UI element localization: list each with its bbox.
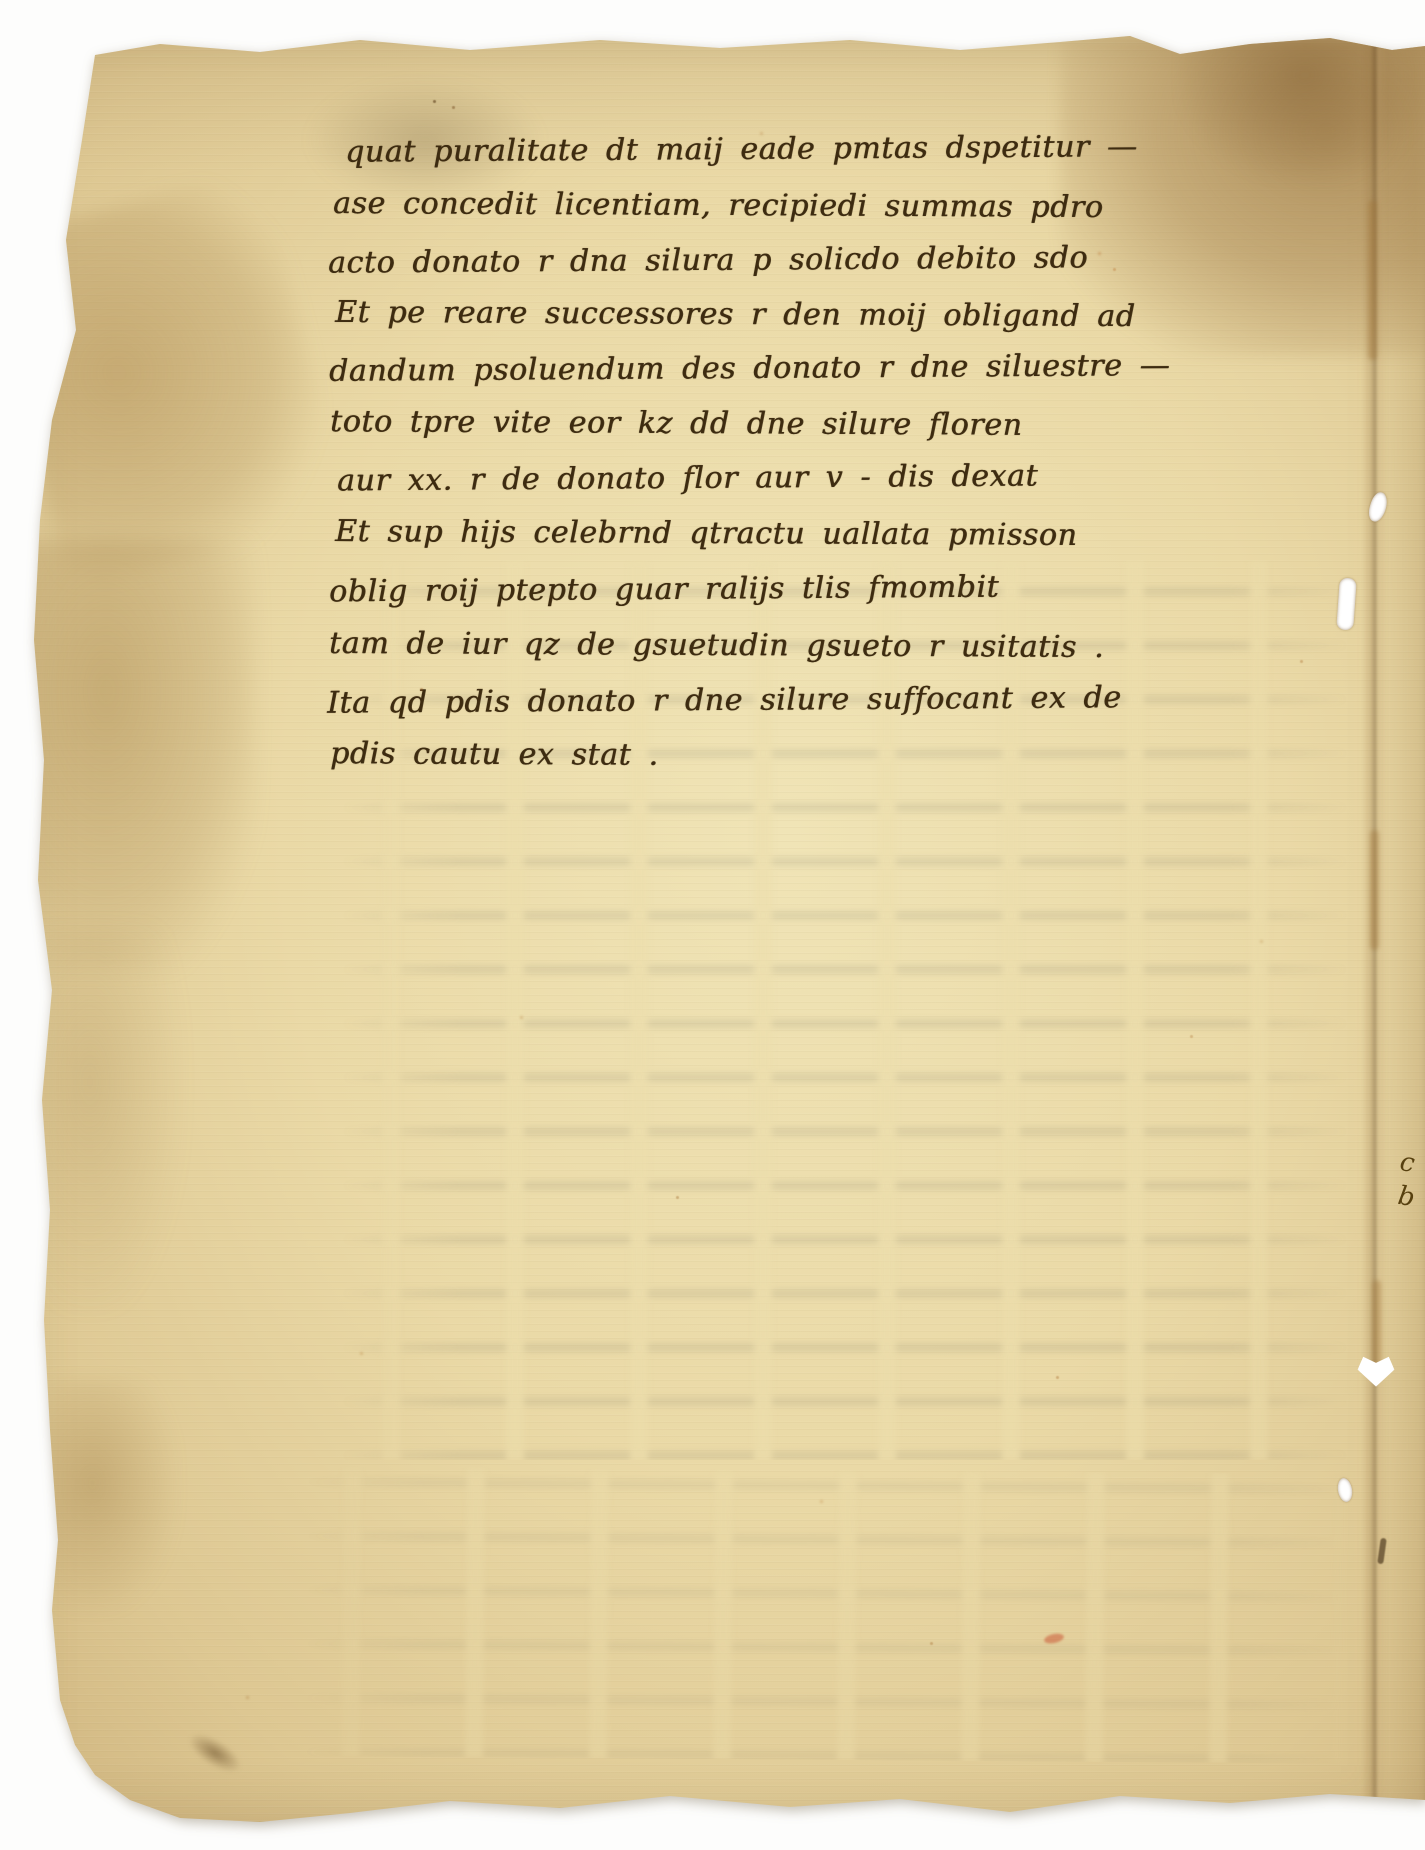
manuscript-line: pdis cautu ex stat . — [330, 736, 659, 773]
manuscript-line: Et pe reare successores r den moij oblig… — [335, 295, 1136, 334]
manuscript-line: tam de iur qz de gsuetudin gsueto r usit… — [329, 626, 1104, 665]
paper-sheet: quat puralitate dt maij eade pmtas dspet… — [0, 0, 1425, 1850]
foxing-specks — [0, 0, 3, 3]
manuscript-line: Ita qd pdis donato r dne silure suffocan… — [327, 680, 1122, 721]
manuscript-line: quat puralitate dt maij eade pmtas dspet… — [345, 129, 1138, 170]
manuscript-page: quat puralitate dt maij eade pmtas dspet… — [0, 0, 1425, 1850]
handwritten-text-block: quat puralitate dt maij eade pmtas dspet… — [0, 0, 1425, 1850]
manuscript-line: aur xx. r de donato flor aur v - dis dex… — [337, 459, 1038, 499]
manuscript-line: oblig roij ptepto guar ralijs tlis fmomb… — [329, 570, 999, 610]
manuscript-line: dandum psoluendum des donato r dne silue… — [329, 348, 1170, 389]
manuscript-scan-background: quat puralitate dt maij eade pmtas dspet… — [0, 0, 1425, 1850]
manuscript-line: toto tpre vite eor kz dd dne silure flor… — [330, 404, 1023, 443]
manuscript-line: Et sup hijs celebrnd qtractu uallata pmi… — [335, 514, 1078, 553]
wormhole — [1336, 577, 1357, 630]
manuscript-line: ase concedit licentiam, recipiedi summas… — [333, 186, 1104, 225]
manuscript-line: acto donato r dna silura p solicdo debit… — [328, 240, 1088, 280]
